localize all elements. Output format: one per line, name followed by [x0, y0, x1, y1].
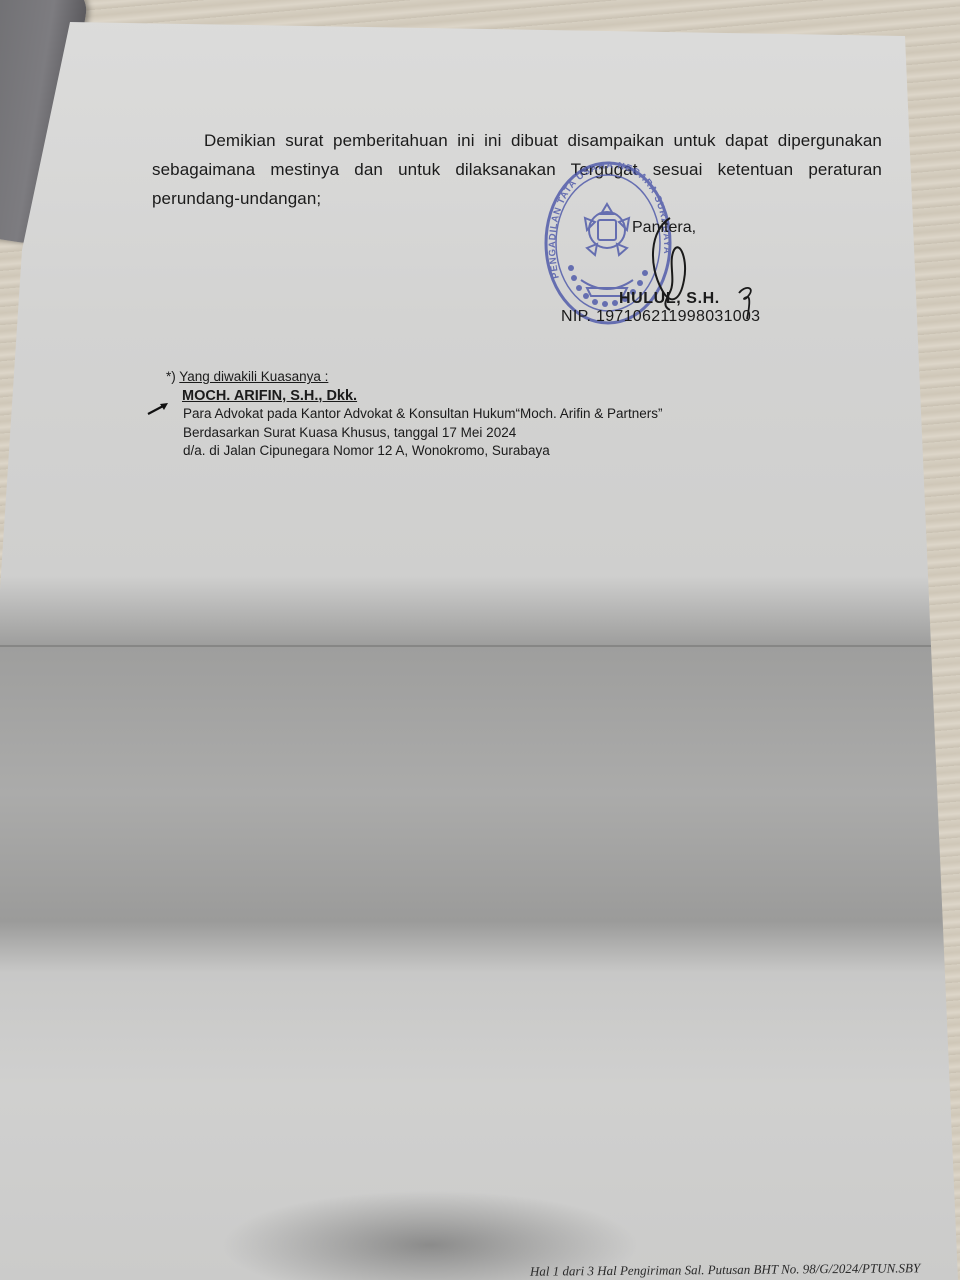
representative-line-firm: Para Advokat pada Kantor Advokat & Konsu…	[183, 405, 663, 424]
letter-page: Demikian surat pemberitahuan ini ini dib…	[0, 0, 960, 1280]
representative-heading-text: Yang diwakili Kuasanya :	[179, 369, 328, 384]
footnote-marker: *)	[166, 369, 176, 384]
page-footer: Hal 1 dari 3 Hal Pengiriman Sal. Putusan…	[530, 1260, 920, 1279]
signatory-nip: NIP. 197106211998031003	[561, 308, 760, 326]
signatory-name: HULUL, S.H.	[619, 290, 720, 308]
representative-line-address: d/a. di Jalan Cipunegara Nomor 12 A, Won…	[183, 442, 663, 461]
representative-block: *) Yang diwakili Kuasanya : MOCH. ARIFIN…	[166, 368, 663, 461]
representative-heading: *) Yang diwakili Kuasanya :	[166, 368, 663, 387]
representative-line-power-of-attorney: Berdasarkan Surat Kuasa Khusus, tanggal …	[183, 424, 663, 443]
representative-name: MOCH. ARIFIN, S.H., Dkk.	[182, 387, 663, 406]
closing-paragraph: Demikian surat pemberitahuan ini ini dib…	[152, 126, 882, 213]
